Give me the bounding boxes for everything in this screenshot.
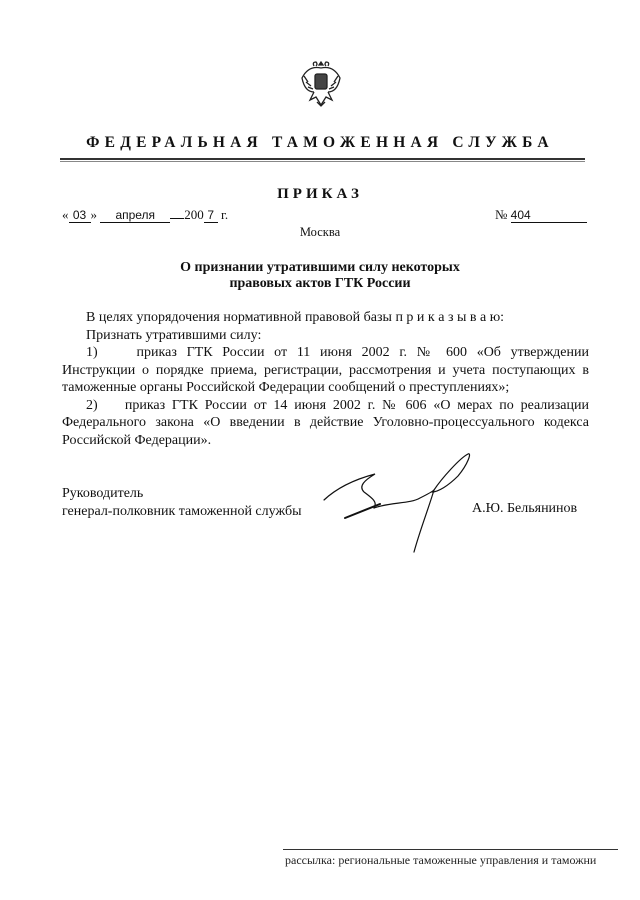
- list-item-text: приказ ГТК России от 11 июня 2002 г. № 6…: [137, 345, 589, 360]
- list-item-1-first-line: 1) приказ ГТК России от 11 июня 2002 г. …: [62, 344, 589, 362]
- distribution-note: рассылка: региональные таможенные управл…: [285, 853, 596, 868]
- document-type-title: ПРИКАЗ: [0, 186, 640, 203]
- intro: Признать утратившими силу:: [62, 327, 589, 345]
- date-blank: [170, 218, 184, 219]
- coat-of-arms-icon: [298, 58, 344, 110]
- signature-icon: [320, 440, 480, 560]
- order-number: № 404: [495, 207, 587, 223]
- signatory-title-line-1: Руководитель: [62, 485, 301, 503]
- list-item-1-rest: Инструкции о порядке приема, регистрации…: [62, 362, 589, 397]
- list-item-text: приказ ГТК России от 14 июня 2002 г. № 6…: [125, 398, 589, 413]
- list-item-2-first-line: 2) приказ ГТК России от 14 июня 2002 г. …: [62, 397, 589, 415]
- date-day: 03: [69, 209, 91, 223]
- order-date: «03» апреля2007 г.: [62, 207, 228, 223]
- city: Москва: [0, 225, 640, 240]
- date-month: апреля: [100, 209, 170, 223]
- date-close-quote: »: [91, 207, 98, 222]
- date-year-prefix: 200: [184, 207, 204, 222]
- number-label: №: [495, 207, 507, 222]
- header-divider-thin: [60, 161, 585, 162]
- order-subject: О признании утратившими силу некоторых п…: [0, 260, 640, 292]
- list-marker: 1): [86, 345, 98, 360]
- agency-name: ФЕДЕРАЛЬНАЯ ТАМОЖЕННАЯ СЛУЖБА: [0, 134, 640, 152]
- preamble: В целях упорядочения нормативной правово…: [62, 309, 589, 327]
- date-year-unit: г.: [221, 207, 228, 222]
- footer-divider: [283, 849, 618, 850]
- date-year-suffix: 7: [204, 209, 218, 223]
- signatory-title-line-2: генерал-полковник таможенной службы: [62, 503, 301, 521]
- order-body: В целях упорядочения нормативной правово…: [62, 309, 589, 449]
- subject-line-1: О признании утратившими силу некоторых: [0, 260, 640, 276]
- signatory-name: А.Ю. Бельянинов: [472, 501, 577, 517]
- header-divider: [60, 158, 585, 160]
- number-value: 404: [511, 209, 587, 223]
- list-marker: 2): [86, 398, 98, 413]
- subject-line-2: правовых актов ГТК России: [0, 276, 640, 292]
- signatory-title: Руководитель генерал-полковник таможенно…: [62, 485, 301, 520]
